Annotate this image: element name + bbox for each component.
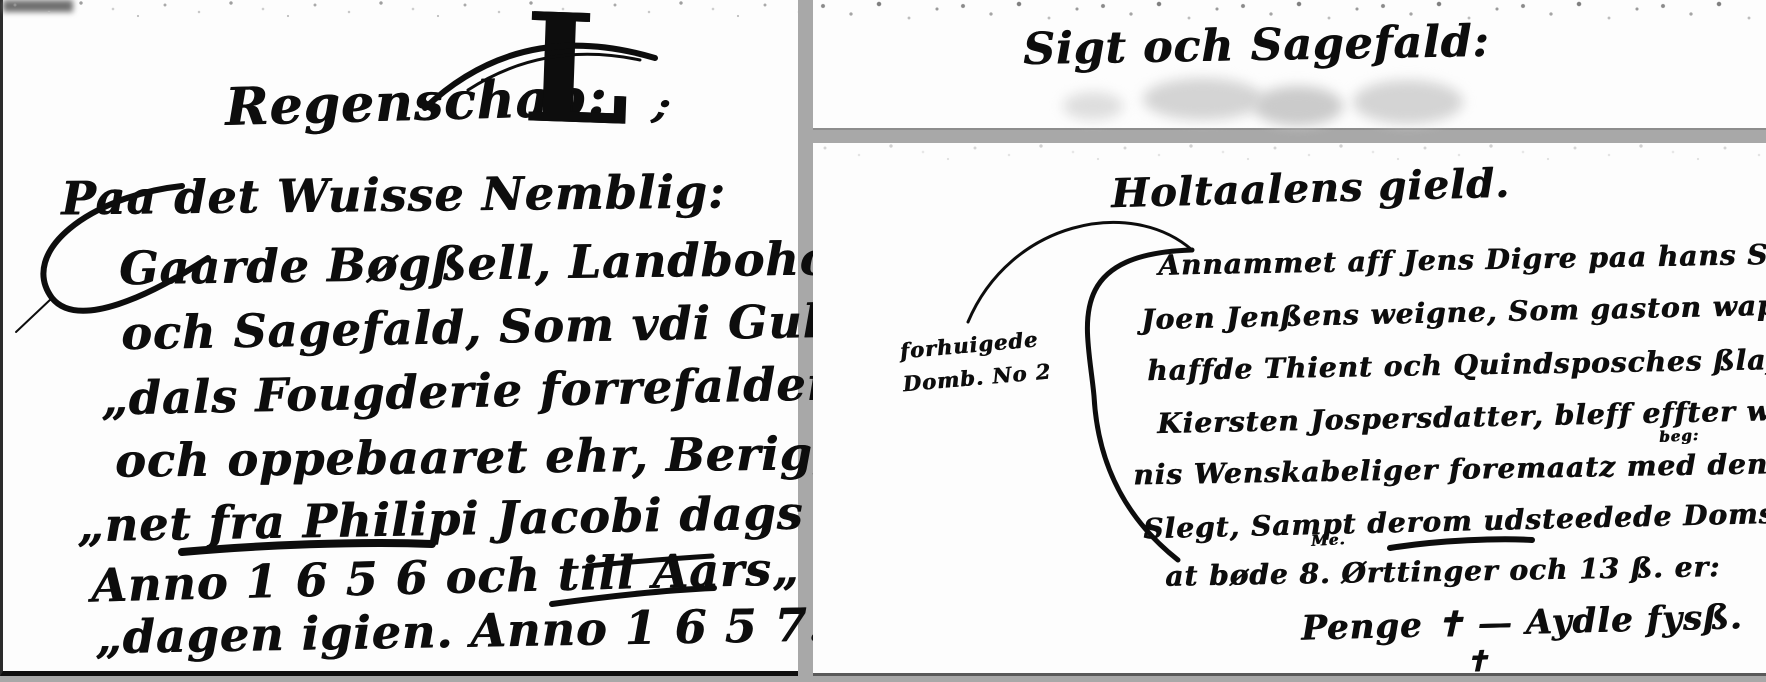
superscript-note: Me. (1311, 530, 1346, 550)
manuscript-line: Slegt, Sampt derom udsteedede Doms tilki… (1143, 494, 1766, 546)
manuscript-line: och oppebaaret ehr, Berig, (115, 426, 830, 487)
right-main-page: Holtaalens gield. forhuigede Domb. No 2 … (813, 143, 1766, 676)
manuscript-line: „dagen igien. Anno 1 6 5 7. (95, 598, 825, 665)
manuscript-line: Annammet aff Jens Digre paa hans Søns (1158, 237, 1766, 282)
manuscript-line: at bøde 8. Ørttinger och 13 ß. er: (1165, 550, 1721, 593)
bleedthrough-stain (1353, 80, 1463, 124)
superscript-note: beg: (1659, 426, 1700, 446)
left-page: Regenschab: L ; Paa det Wuisse Nemblig: … (0, 0, 798, 676)
manuscript-scan: Regenschab: L ; Paa det Wuisse Nemblig: … (0, 0, 1766, 682)
manuscript-line: nis Wenskabeliger foremaatz med den Ande… (1133, 445, 1766, 491)
scan-noise-top (813, 143, 1766, 167)
bleedthrough-stain (1063, 92, 1123, 120)
bleedthrough-stain (1253, 86, 1343, 126)
bleedthrough-stain (1143, 78, 1263, 120)
margin-note: forhuigede Domb. No 2 (898, 323, 1052, 401)
manuscript-line: „dals Fougderie forrefalden (101, 356, 842, 425)
manuscript-line: och Sagefald, Som vdi Gul, (121, 294, 839, 361)
scan-noise-top (3, 0, 798, 24)
manuscript-line: Paa det Wuisse Nemblig: (61, 165, 726, 226)
ornament-mark: ; (650, 81, 677, 130)
section-title: Sigt och Sagefald: (1023, 16, 1490, 75)
right-top-strip: Sigt och Sagefald: (813, 0, 1766, 130)
manuscript-line: „net fra Philipi Jacobi dags (77, 486, 804, 553)
subsection-title: Holtaalens gield. (1110, 160, 1510, 217)
initial-ornament-letter: L (520, 0, 633, 160)
amount-line: Penge ✝ — Aydle fysß. (1301, 597, 1743, 649)
cross-mark: ✝ (1464, 645, 1490, 679)
manuscript-line: haffde Thient och Quindsposches ßlaffnli… (1147, 342, 1766, 387)
manuscript-line: Gaarde Bøgßell, Landbohold (119, 231, 884, 296)
corner-stain (3, 0, 73, 12)
manuscript-line: Joen Jenßens weigne, Som gaston wapendis (1141, 287, 1766, 336)
